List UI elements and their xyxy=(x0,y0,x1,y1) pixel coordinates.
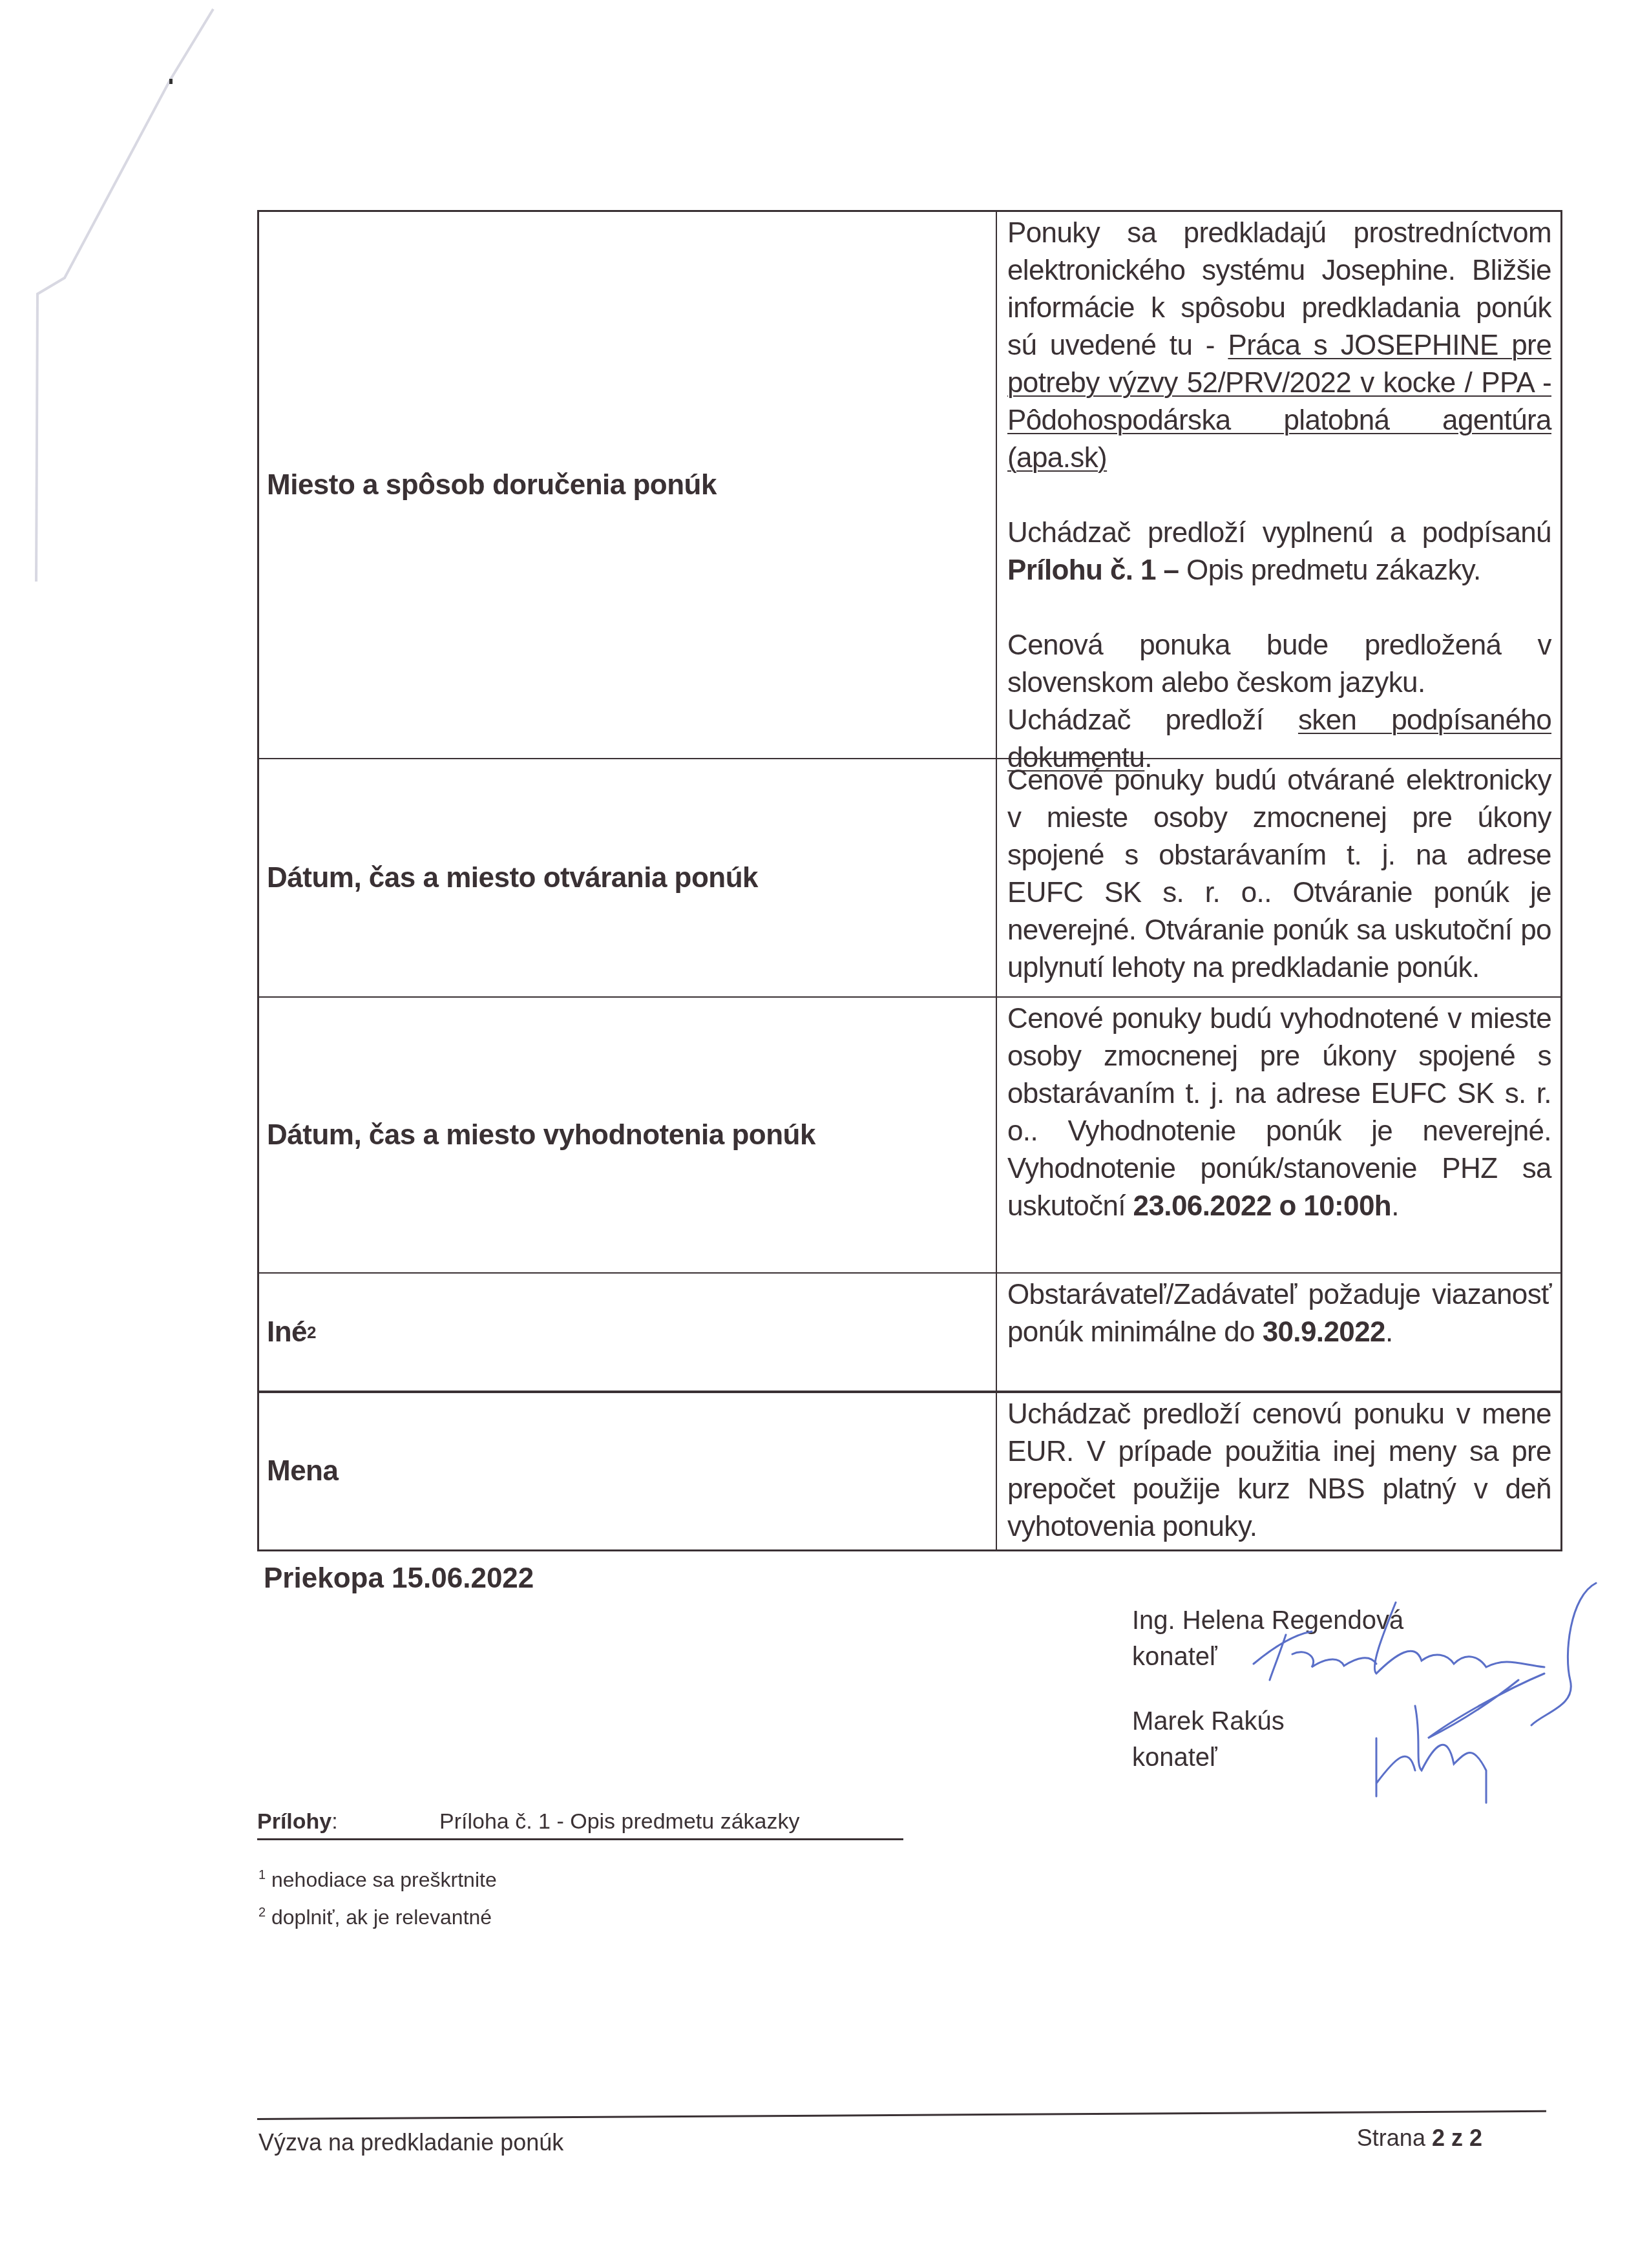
footer-title: Výzva na predkladanie ponúk xyxy=(258,2129,563,2156)
table-row-opening: Dátum, čas a miesto otvárania ponúk Ceno… xyxy=(259,759,1560,998)
row-value: Uchádzač predloží cenovú ponuku v mene E… xyxy=(997,1393,1560,1549)
attachments-label: Prílohy xyxy=(257,1809,331,1834)
row-value: Cenové ponuky budú vyhodnotené v mieste … xyxy=(997,998,1560,1272)
table-row-other: Iné2 Obstarávateľ/Zadávateľ požaduje via… xyxy=(259,1274,1560,1393)
footnote-2: 2 doplniť, ak je relevantné xyxy=(258,1898,497,1936)
row-label: Iné2 xyxy=(259,1274,997,1391)
footnote-1: 1 nehodiace sa preškrtnite xyxy=(258,1861,497,1898)
handwritten-signatures xyxy=(1182,1577,1648,1809)
info-table: Miesto a spôsob doručenia ponúk Ponuky s… xyxy=(257,210,1562,1551)
row-label: Miesto a spôsob doručenia ponúk xyxy=(259,212,997,758)
attachment-item: Príloha č. 1 - Opis predmetu zákazky xyxy=(439,1809,799,1834)
row-label: Dátum, čas a miesto vyhodnotenia ponúk xyxy=(259,998,997,1272)
row-value: Cenové ponuky budú otvárané elektronicky… xyxy=(997,759,1560,996)
row-label: Mena xyxy=(259,1393,997,1549)
footer-divider xyxy=(257,2110,1546,2120)
row-value: Obstarávateľ/Zadávateľ požaduje viazanos… xyxy=(997,1274,1560,1391)
place-and-date: Priekopa 15.06.2022 xyxy=(264,1562,534,1595)
row-value: Ponuky sa predkladajú prostredníctvom el… xyxy=(997,212,1560,758)
table-row-currency: Mena Uchádzač predloží cenovú ponuku v m… xyxy=(259,1393,1560,1549)
row-label: Dátum, čas a miesto otvárania ponúk xyxy=(259,759,997,996)
footnotes: 1 nehodiace sa preškrtnite 2 doplniť, ak… xyxy=(258,1861,497,1936)
table-row-evaluation: Dátum, čas a miesto vyhodnotenia ponúk C… xyxy=(259,998,1560,1274)
table-row-delivery: Miesto a spôsob doručenia ponúk Ponuky s… xyxy=(259,212,1560,759)
attachments-line: Prílohy: Príloha č. 1 - Opis predmetu zá… xyxy=(257,1809,903,1840)
page-number: Strana 2 z 2 xyxy=(1357,2125,1482,2152)
